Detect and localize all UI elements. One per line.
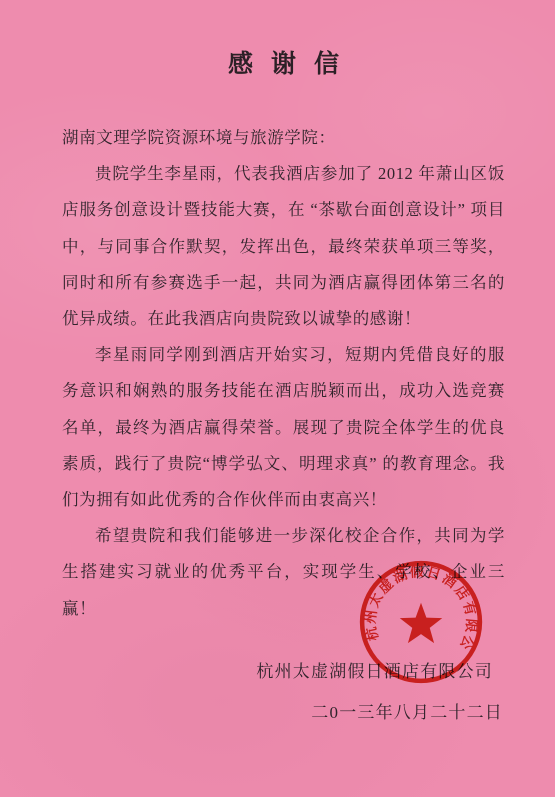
signature-date: 二0一三年八月二十二日 <box>0 698 503 723</box>
letter-paragraph: 李星雨同学刚到酒店开始实习，短期内凭借良好的服务意识和娴熟的服务技能在酒店脱颖而… <box>62 337 505 518</box>
letter-page: 感谢信 湖南文理学院资源环境与旅游学院： 贵院学生李星雨，代表我酒店参加了 20… <box>0 0 555 797</box>
letter-paragraph: 希望贵院和我们能够进一步深化校企合作，共同为学生搭建实习就业的优秀平台，实现学生… <box>62 518 505 627</box>
salutation-line: 湖南文理学院资源环境与旅游学院： <box>62 120 505 156</box>
letter-body: 湖南文理学院资源环境与旅游学院： 贵院学生李星雨，代表我酒店参加了 2012 年… <box>62 120 505 627</box>
letter-title: 感谢信 <box>0 0 555 80</box>
signature-company: 杭州太虚湖假日酒店有限公司 <box>0 657 493 682</box>
letter-paragraph: 贵院学生李星雨，代表我酒店参加了 2012 年萧山区饭店服务创意设计暨技能大赛，… <box>62 156 505 337</box>
signature-block: 杭州太虚湖假日酒店有限公司 二0一三年八月二十二日 <box>0 657 503 723</box>
